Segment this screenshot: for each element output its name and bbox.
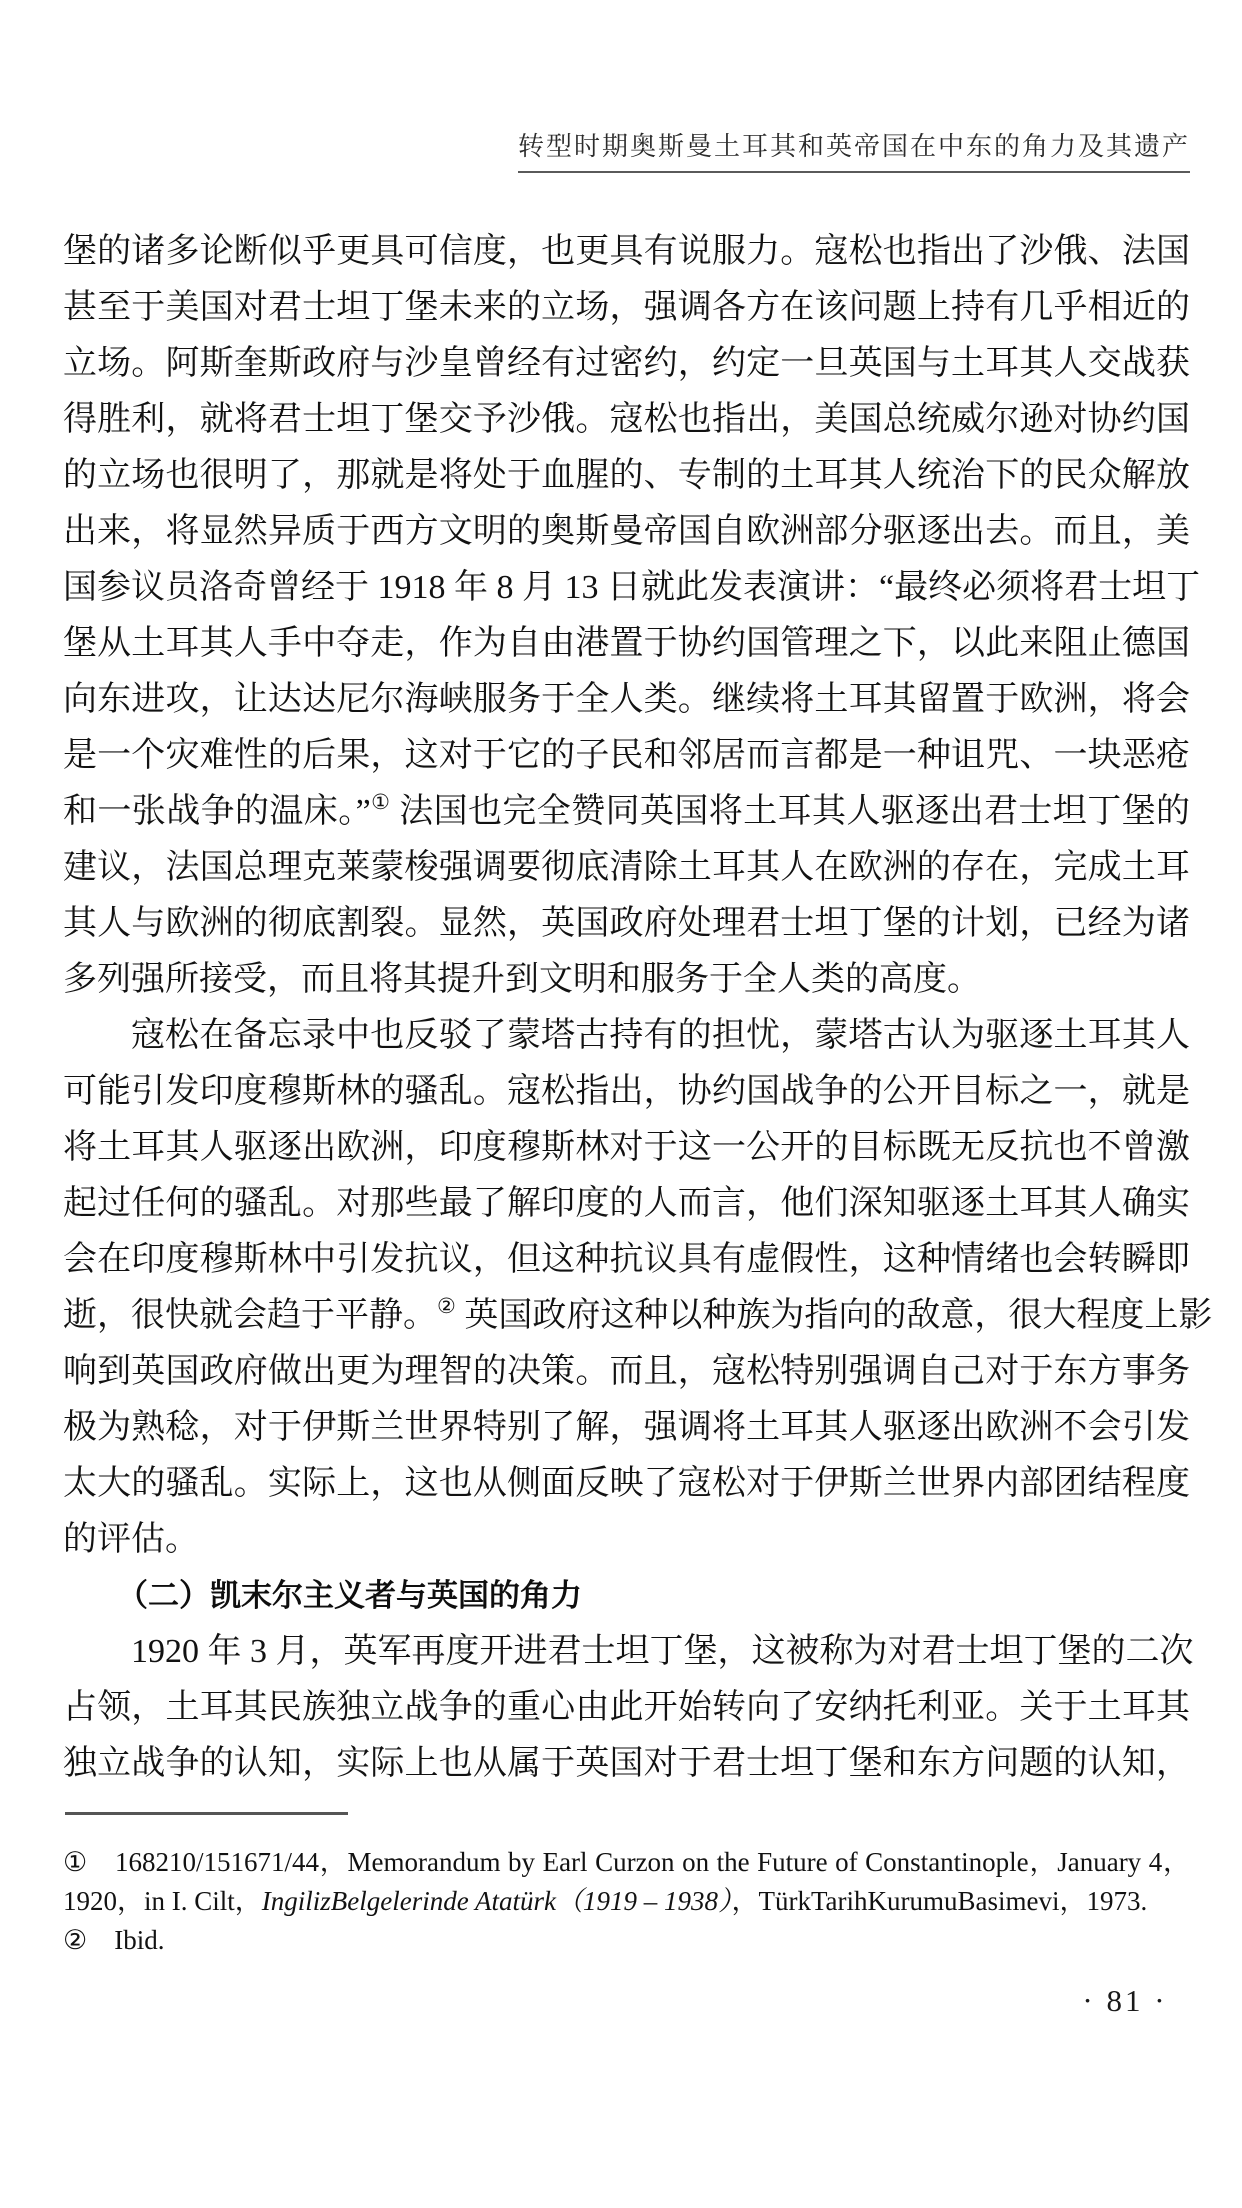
running-head: 转型时期奥斯曼土耳其和英帝国在中东的角力及其遗产 bbox=[63, 126, 1190, 173]
text-line: 占领，土耳其民族独立战争的重心由此开始转向了安纳托利亚。关于土耳其 bbox=[63, 1680, 1190, 1736]
line-segment: 和一张战争的温床。” bbox=[63, 793, 371, 830]
footnote-segment: ，TürkTarihKurumuBasimevi，1973. bbox=[731, 1886, 1147, 1916]
footnote-2: ② Ibid. bbox=[63, 1921, 1190, 1960]
section-heading: （二）凯末尔主义者与英国的角力 bbox=[63, 1568, 1190, 1624]
text-line: 极为熟稔，对于伊斯兰世界特别了解，强调将土耳其人驱逐出欧洲不会引发 bbox=[63, 1400, 1190, 1456]
text-line: 国参议员洛奇曾经于 1918 年 8 月 13 日就此发表演讲：“最终必须将君士… bbox=[63, 560, 1190, 616]
footnote-ref-2: ② bbox=[437, 1294, 456, 1318]
text-line: 响到英国政府做出更为理智的决策。而且，寇松特别强调自己对于东方事务 bbox=[63, 1344, 1190, 1400]
text-line: 建议，法国总理克莱蒙梭强调要彻底清除土耳其人在欧洲的存在，完成土耳 bbox=[63, 840, 1190, 896]
book-page: 转型时期奥斯曼土耳其和英帝国在中东的角力及其遗产 堡的诸多论断似乎更具可信度，也… bbox=[0, 0, 1242, 2208]
page-number: · 81 · bbox=[1058, 1983, 1192, 2019]
footnotes: ① 168210/151671/44，Memorandum by Earl Cu… bbox=[63, 1843, 1190, 1960]
footnote-1-line-1: ① 168210/151671/44，Memorandum by Earl Cu… bbox=[63, 1843, 1190, 1882]
text-line: 将土耳其人驱逐出欧洲，印度穆斯林对于这一公开的目标既无反抗也不曾激 bbox=[63, 1120, 1190, 1176]
text-line: 会在印度穆斯林中引发抗议，但这种抗议具有虚假性，这种情绪也会转瞬即 bbox=[63, 1232, 1190, 1288]
text-line: 独立战争的认知，实际上也从属于英国对于君士坦丁堡和东方问题的认知， bbox=[63, 1736, 1190, 1792]
text-line: 的立场也很明了，那就是将处于血腥的、专制的土耳其人统治下的民众解放 bbox=[63, 448, 1190, 504]
text-line: 和一张战争的温床。”① 法国也完全赞同英国将土耳其人驱逐出君士坦丁堡的 bbox=[63, 784, 1190, 840]
text-line: 立场。阿斯奎斯政府与沙皇曾经有过密约，约定一旦英国与土耳其人交战获 bbox=[63, 336, 1190, 392]
text-line: 向东进攻，让达达尼尔海峡服务于全人类。继续将土耳其留置于欧洲，将会 bbox=[63, 672, 1190, 728]
text-line: 起过任何的骚乱。对那些最了解印度的人而言，他们深知驱逐土耳其人确实 bbox=[63, 1176, 1190, 1232]
text-line: 寇松在备忘录中也反驳了蒙塔古持有的担忧，蒙塔古认为驱逐土耳其人 bbox=[63, 1008, 1190, 1064]
line-segment: 英国政府这种以种族为指向的敌意，很大程度上影 bbox=[456, 1297, 1213, 1334]
running-title: 转型时期奥斯曼土耳其和英帝国在中东的角力及其遗产 bbox=[518, 126, 1190, 173]
footnote-ref-1: ① bbox=[371, 790, 391, 814]
paragraph-1: 堡的诸多论断似乎更具可信度，也更具有说服力。寇松也指出了沙俄、法国 甚至于美国对… bbox=[63, 224, 1190, 1008]
text-line: 的评估。 bbox=[63, 1512, 1190, 1568]
text-line: 其人与欧洲的彻底割裂。显然，英国政府处理君士坦丁堡的计划，已经为诸 bbox=[63, 896, 1190, 952]
footnote-1: ① 168210/151671/44，Memorandum by Earl Cu… bbox=[63, 1843, 1190, 1921]
paragraph-3: 1920 年 3 月，英军再度开进君士坦丁堡，这被称为对君士坦丁堡的二次 占领，… bbox=[63, 1624, 1190, 1792]
footnote-separator bbox=[65, 1812, 348, 1815]
line-segment: 法国也完全赞同英国将土耳其人驱逐出君士坦丁堡的 bbox=[390, 793, 1190, 830]
text-line: 太大的骚乱。实际上，这也从侧面反映了寇松对于伊斯兰世界内部团结程度 bbox=[63, 1456, 1190, 1512]
text-line: 得胜利，就将君士坦丁堡交予沙俄。寇松也指出，美国总统威尔逊对协约国 bbox=[63, 392, 1190, 448]
text-line: 出来，将显然异质于西方文明的奥斯曼帝国自欧洲部分驱逐出去。而且，美 bbox=[63, 504, 1190, 560]
body-text: 堡的诸多论断似乎更具可信度，也更具有说服力。寇松也指出了沙俄、法国 甚至于美国对… bbox=[63, 224, 1190, 1792]
text-line: 甚至于美国对君士坦丁堡未来的立场，强调各方在该问题上持有几乎相近的 bbox=[63, 280, 1190, 336]
text-line: 堡从土耳其人手中夺走，作为自由港置于协约国管理之下，以此来阻止德国 bbox=[63, 616, 1190, 672]
text-line: 堡的诸多论断似乎更具可信度，也更具有说服力。寇松也指出了沙俄、法国 bbox=[63, 224, 1190, 280]
text-line: 逝，很快就会趋于平静。② 英国政府这种以种族为指向的敌意，很大程度上影 bbox=[63, 1288, 1190, 1344]
text-line: 可能引发印度穆斯林的骚乱。寇松指出，协约国战争的公开目标之一，就是 bbox=[63, 1064, 1190, 1120]
book-title-italic: IngilizBelgelerinde Atatürk（1919 – 1938） bbox=[262, 1886, 732, 1916]
footnote-1-line-2: 1920，in I. Cilt，IngilizBelgelerinde Atat… bbox=[63, 1882, 1190, 1921]
line-segment: 逝，很快就会趋于平静。 bbox=[63, 1297, 437, 1334]
text-line: 1920 年 3 月，英军再度开进君士坦丁堡，这被称为对君士坦丁堡的二次 bbox=[63, 1624, 1190, 1680]
text-line: 是一个灾难性的后果，这对于它的子民和邻居而言都是一种诅咒、一块恶疮 bbox=[63, 728, 1190, 784]
text-line: 多列强所接受，而且将其提升到文明和服务于全人类的高度。 bbox=[63, 952, 1190, 1008]
footnote-segment: 1920，in I. Cilt， bbox=[63, 1886, 262, 1916]
paragraph-2: 寇松在备忘录中也反驳了蒙塔古持有的担忧，蒙塔古认为驱逐土耳其人 可能引发印度穆斯… bbox=[63, 1008, 1190, 1568]
